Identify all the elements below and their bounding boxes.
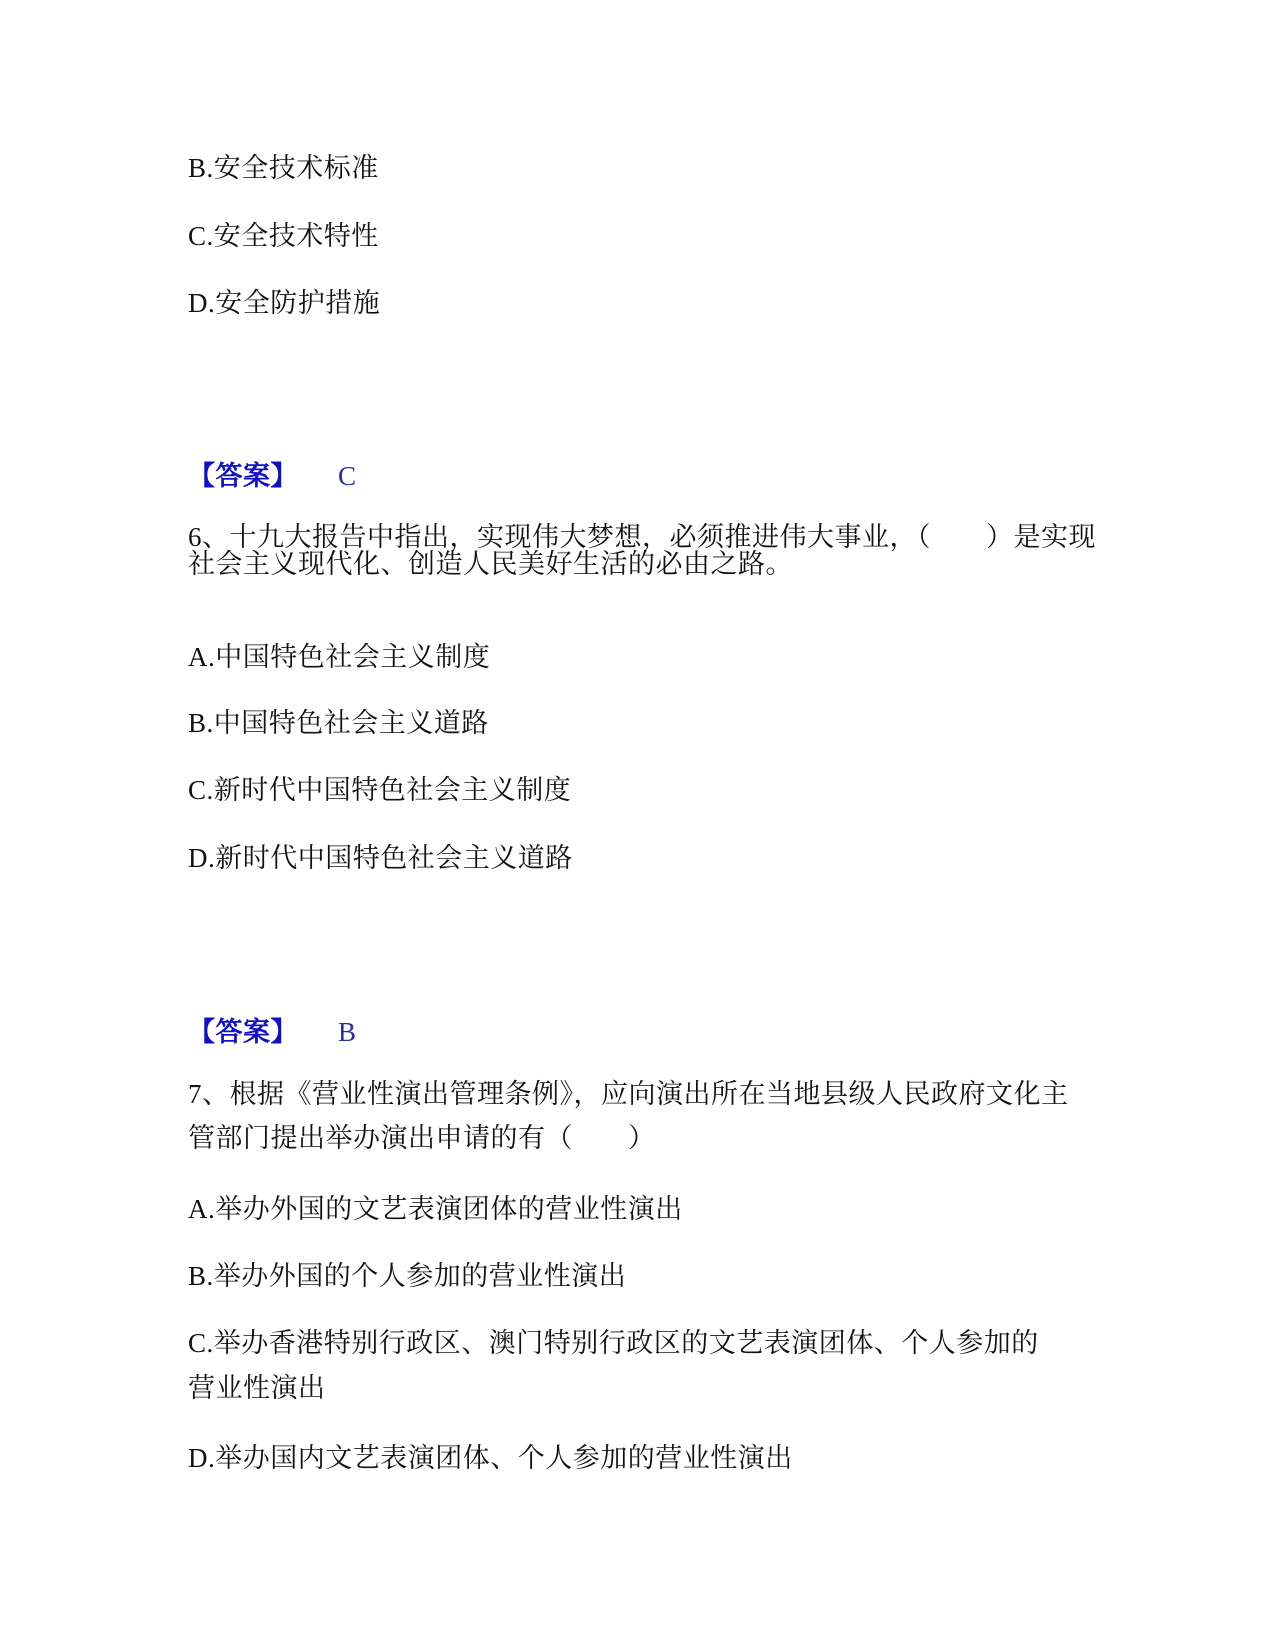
option-text: 中国特色社会主义制度	[215, 642, 490, 673]
answer-label: 【答案】	[188, 461, 298, 492]
q6-option-a: A.中国特色社会主义制度	[188, 640, 490, 675]
q7-option-b: B.举办外国的个人参加的营业性演出	[188, 1259, 626, 1294]
option-text: 营业性演出	[188, 1373, 326, 1404]
option-text: 举办外国的文艺表演团体的营业性演出	[215, 1194, 683, 1225]
q7-option-c: C.举办香港特别行政区、澳门特别行政区的文艺表演团体、个人参加的	[188, 1326, 1039, 1361]
option-letter: C.	[188, 775, 214, 805]
option-letter: B.	[188, 153, 214, 183]
q7-option-c-cont: 营业性演出	[188, 1372, 326, 1406]
q7-option-d: D.举办国内文艺表演团体、个人参加的营业性演出	[188, 1441, 793, 1476]
q6-option-c: C.新时代中国特色社会主义制度	[188, 773, 571, 808]
option-text: 举办国内文艺表演团体、个人参加的营业性演出	[215, 1443, 793, 1474]
q5-answer: 【答案】C	[188, 459, 357, 494]
q7-option-a: A.举办外国的文艺表演团体的营业性演出	[188, 1192, 683, 1227]
option-text: 安全防护措施	[215, 288, 380, 319]
q5-option-c: C.安全技术特性	[188, 219, 379, 254]
q5-option-b: B.安全技术标准	[188, 151, 379, 186]
option-letter: C.	[188, 221, 214, 251]
q6-option-d: D.新时代中国特色社会主义道路	[188, 841, 573, 876]
stem-text: 管部门提出举办演出申请的有（ ）	[188, 1123, 656, 1154]
q6-option-b: B.中国特色社会主义道路	[188, 706, 489, 741]
option-text: 举办外国的个人参加的营业性演出	[214, 1261, 627, 1292]
answer-label: 【答案】	[188, 1017, 298, 1048]
option-text: 举办香港特别行政区、澳门特别行政区的文艺表演团体、个人参加的	[214, 1328, 1039, 1359]
stem-text: 社会主义现代化、创造人民美好生活的必由之路。	[188, 549, 793, 580]
option-text: 安全技术特性	[214, 221, 379, 252]
option-text: 新时代中国特色社会主义道路	[215, 843, 573, 874]
option-letter: D.	[188, 288, 215, 318]
q7-stem-line1: 7、根据《营业性演出管理条例》，应向演出所在当地县级人民政府文化主	[188, 1077, 1069, 1112]
q7-stem-line2: 管部门提出举办演出申请的有（ ）	[188, 1122, 656, 1156]
option-text: 安全技术标准	[214, 153, 379, 184]
question-number: 7、	[188, 1079, 230, 1109]
q5-option-d: D.安全防护措施	[188, 286, 380, 321]
option-letter: D.	[188, 843, 215, 873]
stem-text: 根据《营业性演出管理条例》，应向演出所在当地县级人民政府文化主	[230, 1079, 1069, 1110]
q6-answer: 【答案】B	[188, 1015, 357, 1050]
option-letter: B.	[188, 1261, 214, 1291]
q6-stem-line2: 社会主义现代化、创造人民美好生活的必由之路。	[188, 548, 793, 582]
option-letter: B.	[188, 708, 214, 738]
option-letter: A.	[188, 642, 215, 672]
option-letter: D.	[188, 1443, 215, 1473]
answer-value: C	[338, 461, 357, 491]
answer-value: B	[338, 1017, 357, 1047]
option-letter: C.	[188, 1328, 214, 1358]
option-letter: A.	[188, 1194, 215, 1224]
option-text: 中国特色社会主义道路	[214, 708, 489, 739]
option-text: 新时代中国特色社会主义制度	[214, 775, 572, 806]
